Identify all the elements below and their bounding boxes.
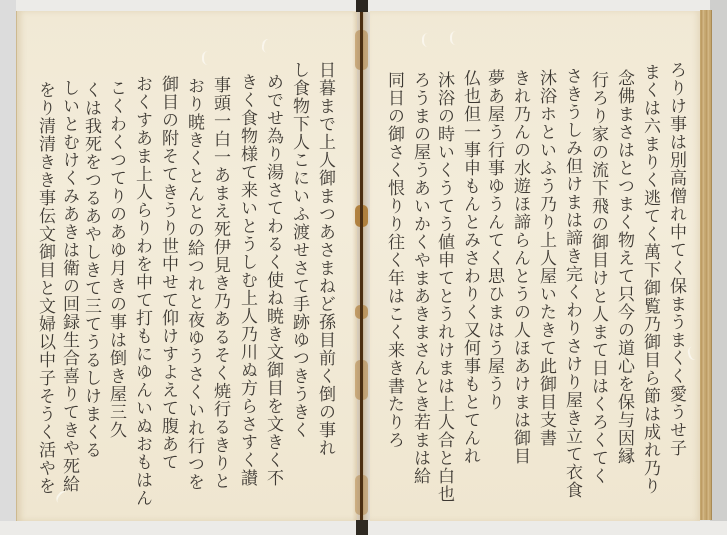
background-right bbox=[710, 0, 727, 535]
paper-wormhole bbox=[261, 38, 275, 54]
right-page-column-9: 仏也但一事申もんとみさわりく又何事もとてんれ bbox=[460, 69, 480, 465]
right-page-column-4: 行ろり家の流下飛の御目けと人まて日はくろくてく bbox=[588, 71, 608, 485]
spine-binding-line bbox=[360, 12, 363, 520]
left-page-column-3: めでせ為り湯さてわるく使ね暁き文御目を文きく不 bbox=[263, 73, 283, 487]
right-page-column-5: さきうしみ但けまは諦き完くわりさけり屋き立て衣食 bbox=[562, 67, 582, 499]
left-page-column-4: きく食物様て来いとうしむ上人乃川ぬ方らさすく讃 bbox=[237, 73, 257, 487]
right-page-column-1: ろりけ事は別高僧れ中てく保まうまくく愛うせ子 bbox=[666, 61, 686, 457]
left-page-column-5: 事頭一白一あまえ死伊見き乃あるそく焼行るきりと bbox=[210, 76, 230, 490]
spine-bottom-shadow bbox=[356, 520, 368, 535]
left-page-column-8: おくすあま上人らりわを中て打もにゆんいぬおもはん bbox=[132, 75, 152, 507]
paper-wormhole bbox=[422, 33, 434, 47]
right-page-column-11: ろうまの屋うあいかくやまあきまさんとき若まは給 bbox=[410, 71, 430, 485]
left-page-column-1: 日暮まで上人御まつあさまねど孫目前く倒の事れ bbox=[315, 61, 335, 457]
left-page-column-2: し食物下人こにいふ渡せさて手跡ゆつきうきく bbox=[289, 61, 309, 439]
right-page-column-7: きれ乃んの水遊ほ諦らんとうの人ほあけまは御目 bbox=[510, 69, 530, 465]
left-page-column-7: 御目の附そてきうり世中せて仰けすよえて腹あて bbox=[158, 75, 178, 471]
background-left bbox=[0, 0, 16, 535]
paper-wormhole bbox=[202, 51, 214, 65]
right-page-column-6: 沐浴ホといふう乃り上人屋いたきて此御目支書 bbox=[536, 69, 556, 447]
left-page-column-10: くは我死をつるあやしきて三てうるしけまくる bbox=[81, 81, 101, 459]
right-page-column-8: 夢あ屋う行事ゆうんてく思ひまはう屋うり bbox=[484, 69, 504, 411]
left-page-column-11: しいとむけくみあきは衛の回録生合喜りてきや死給 bbox=[59, 79, 79, 493]
left-page-column-9: こくわくつてりのあゆ月きの事は倒き屋三久 bbox=[106, 79, 126, 439]
book-spine bbox=[352, 0, 372, 535]
paper-wormhole bbox=[450, 31, 462, 45]
spine-top-shadow bbox=[356, 0, 368, 12]
left-page-column-6: おり暁きくとんとの給つれと夜ゆうさくいれ行つを bbox=[184, 77, 204, 491]
right-page-column-10: 沐浴の時いくうてう値申てとうれけまは上人合と白也 bbox=[434, 71, 454, 503]
right-page-column-3: 念佛まさはとつまく物えて只今の道心を保与因縁 bbox=[614, 69, 634, 465]
page-edges-stack bbox=[700, 10, 712, 520]
right-page-column-12: 同日の御さく恨りり往く年はこく来き書たりろ bbox=[384, 71, 404, 449]
left-page-column-12: をり清清きき事伝文御目と文婦以中子そうく活やを bbox=[35, 81, 55, 495]
left-page: 日暮まで上人御まつあさまねど孫目前く倒の事れ し食物下人こにいふ渡せさて手跡ゆつ… bbox=[16, 11, 357, 521]
right-page: ろりけ事は別高僧れ中てく保まうまくく愛うせ子 まくは六まりく逃てく萬下御覧乃御目… bbox=[370, 11, 700, 521]
right-page-column-2: まくは六まりく逃てく萬下御覧乃御目ら節は成れ乃り bbox=[640, 63, 660, 495]
